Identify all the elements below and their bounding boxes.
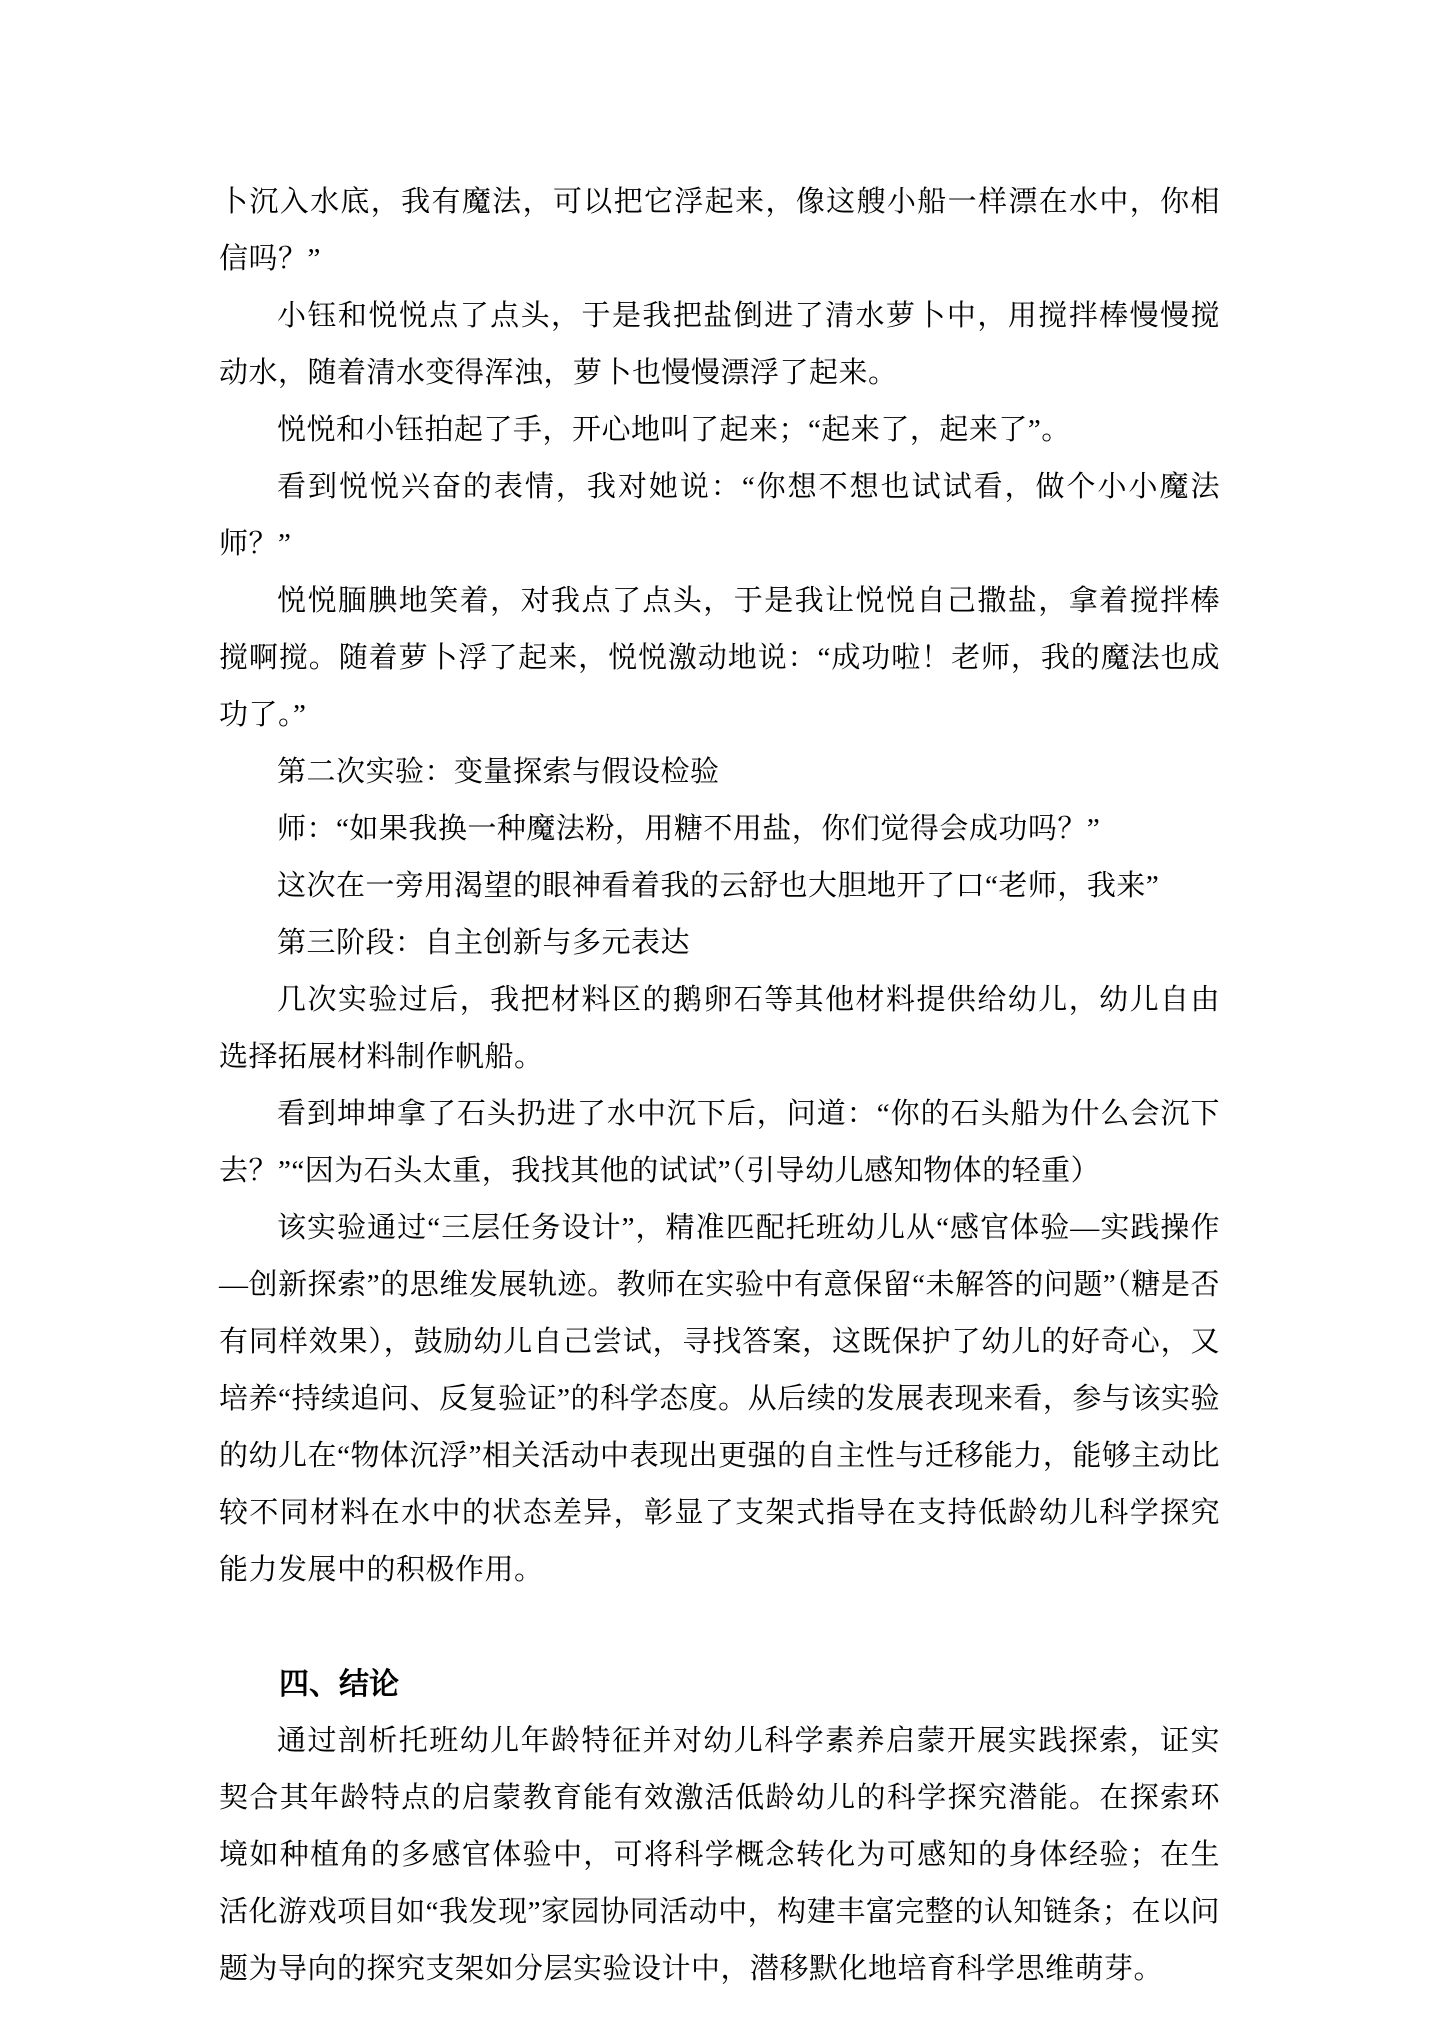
narrative-paragraph: 这次在一旁用渴望的眼神看着我的云舒也大胆地开了口“老师，我来” <box>219 858 1220 915</box>
narrative-paragraph: 悦悦腼腆地笑着，对我点了点头，于是我让悦悦自己撒盐，拿着搅拌棒搅啊搅。随着萝卜浮… <box>219 573 1220 744</box>
narrative-paragraph: 小钰和悦悦点了点头，于是我把盐倒进了清水萝卜中，用搅拌棒慢慢搅动水，随着清水变得… <box>219 288 1220 402</box>
conclusion-paragraph: 通过剖析托班幼儿年龄特征并对幼儿科学素养启蒙开展实践探索，证实契合其年龄特点的启… <box>219 1713 1220 1998</box>
narrative-paragraph-continuation: 卜沉入水底，我有魔法，可以把它浮起来，像这艘小船一样漂在水中，你相信吗？” <box>219 174 1220 288</box>
document-page: 卜沉入水底，我有魔法，可以把它浮起来，像这艘小船一样漂在水中，你相信吗？” 小钰… <box>0 0 1438 2034</box>
narrative-paragraph: 看到坤坤拿了石头扔进了水中沉下后，问道：“你的石头船为什么会沉下去？”“因为石头… <box>219 1086 1220 1200</box>
conclusion-heading: 四、结论 <box>219 1656 1220 1713</box>
narrative-paragraph: 师：“如果我换一种魔法粉，用糖不用盐，你们觉得会成功吗？” <box>219 801 1220 858</box>
narrative-paragraph: 悦悦和小钰拍起了手，开心地叫了起来；“起来了，起来了”。 <box>219 402 1220 459</box>
stage-subheading-line: 第三阶段：自主创新与多元表达 <box>219 915 1220 972</box>
narrative-paragraph: 几次实验过后，我把材料区的鹅卵石等其他材料提供给幼儿，幼儿自由选择拓展材料制作帆… <box>219 972 1220 1086</box>
experiment-subheading-line: 第二次实验：变量探索与假设检验 <box>219 744 1220 801</box>
narrative-paragraph: 看到悦悦兴奋的表情，我对她说：“你想不想也试试看，做个小小魔法师？” <box>219 459 1220 573</box>
analysis-paragraph: 该实验通过“三层任务设计”，精准匹配托班幼儿从“感官体验—实践操作—创新探索”的… <box>219 1200 1220 1599</box>
